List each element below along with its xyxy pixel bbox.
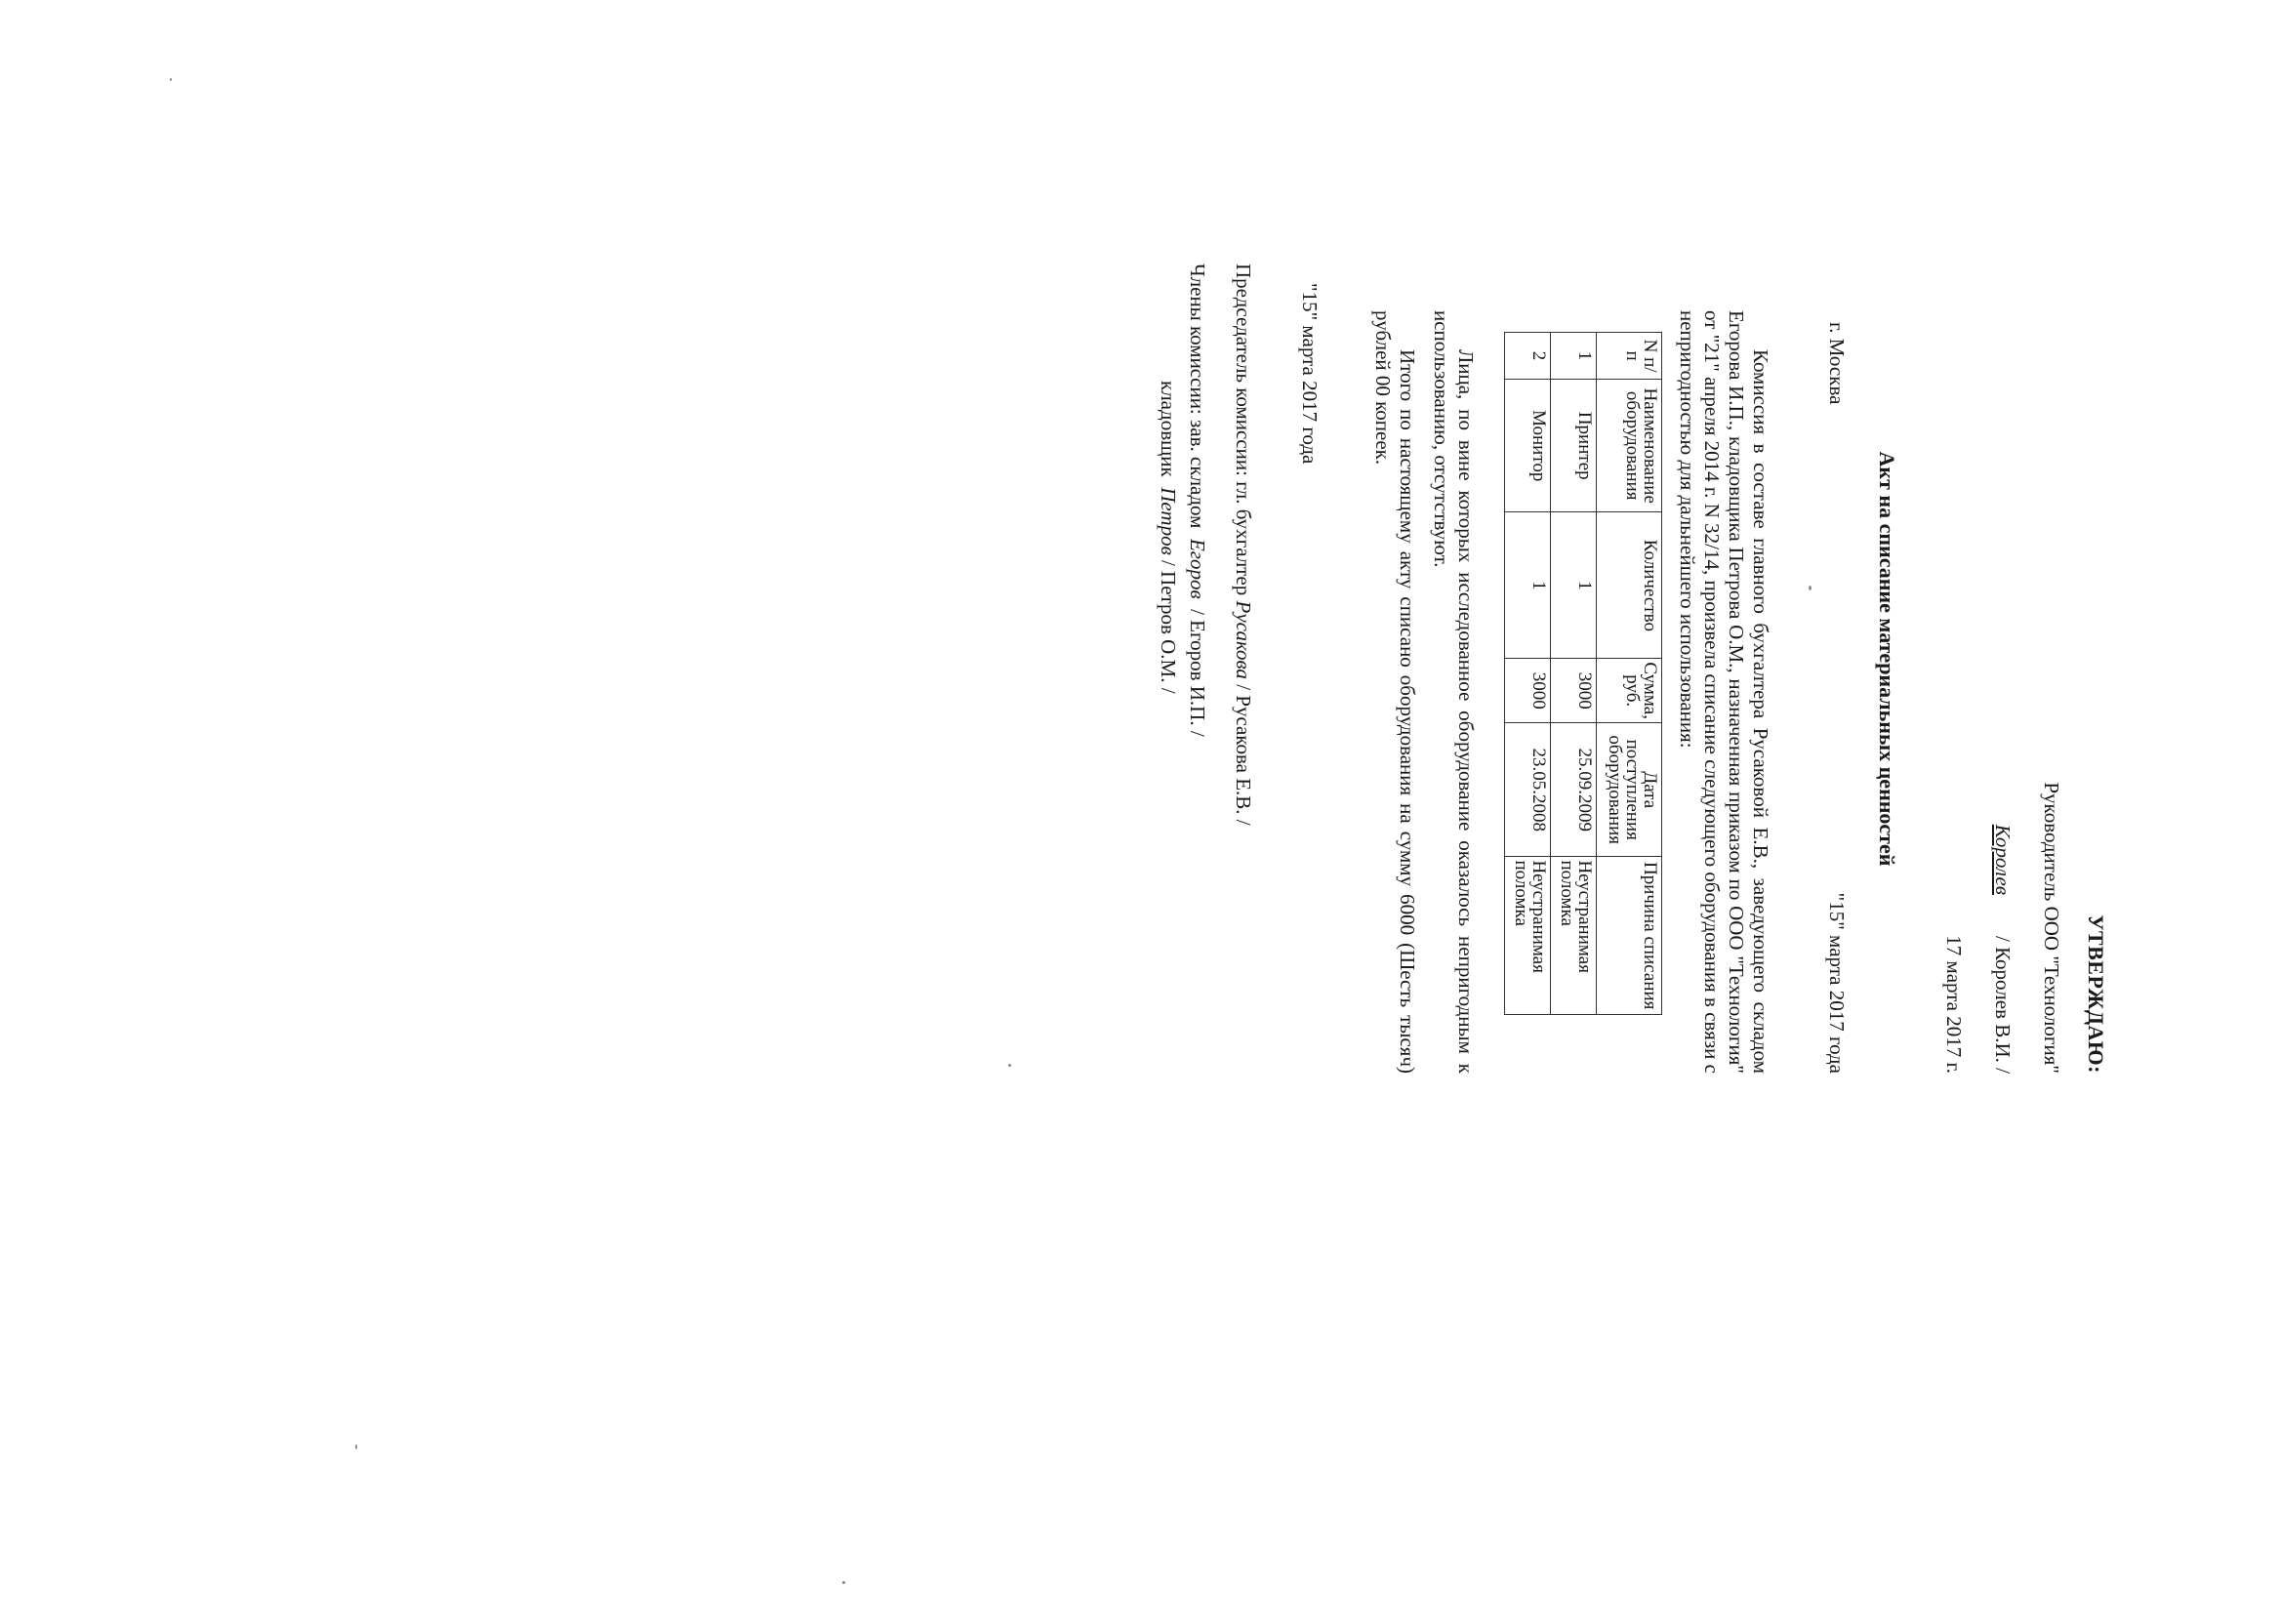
member2-handwritten-signature: Петров — [1157, 487, 1180, 555]
member1-handwritten-signature: Егоров — [1186, 539, 1209, 599]
members-label: Члены комиссии: зав. складом — [1186, 264, 1209, 528]
header-sum: Сумма, руб. — [1597, 659, 1662, 723]
cell-receipt-date: 25.09.2009 — [1551, 722, 1597, 856]
signing-date: "15" марта 2017 года — [1297, 283, 1322, 464]
cell-reason: Неустранимая поломка — [1551, 857, 1597, 1015]
written-off-items-table: N п/п Наименование оборудования Количест… — [1504, 332, 1662, 1015]
document-title: Акт на списание материальных ценностей — [1874, 439, 1899, 878]
total-text: Итого по настоящему акту списано оборудо… — [1371, 310, 1419, 1074]
chairman-label: Председатель комиссии: гл. бухгалтер — [1232, 264, 1255, 595]
cell-receipt-date: 23.05.2008 — [1505, 722, 1551, 856]
cell-reason: Неустранимая поломка — [1505, 857, 1551, 1015]
cell-quantity: 1 — [1551, 512, 1597, 659]
approver-position: Руководитель ООО "Технология" — [2039, 782, 2063, 1074]
responsible-persons-text: Лица, по вине которых исследованное обор… — [1430, 310, 1478, 1074]
table-header-row: N п/п Наименование оборудования Количест… — [1597, 333, 1662, 1015]
member2-signature-line: кладовщик Петров / Петров О.М. / — [1156, 381, 1180, 694]
scan-speck — [170, 78, 172, 81]
header-reason: Причина списания — [1597, 857, 1662, 1015]
table-row: 2 Монитор 1 3000 23.05.2008 Неустранимая… — [1505, 333, 1551, 1015]
cell-sum: 3000 — [1551, 659, 1597, 723]
chairman-name: / Русакова Е.В. / — [1232, 684, 1255, 825]
header-quantity: Количество — [1597, 512, 1662, 659]
cell-number: 1 — [1551, 333, 1597, 380]
header-receipt-date: Дата поступления оборудования — [1597, 722, 1662, 856]
commission-text: Комиссия в составе главного бухгалтера Р… — [1676, 310, 1772, 1074]
responsible-persons-paragraph: Лица, по вине которых исследованное обор… — [1429, 310, 1478, 1074]
member1-name: / Егоров И.П. / — [1186, 609, 1209, 737]
header-name: Наименование оборудования — [1597, 380, 1662, 512]
total-paragraph: Итого по настоящему акту списано оборудо… — [1370, 310, 1419, 1074]
document-city: г. Москва — [1824, 322, 1849, 404]
scan-speck — [355, 1444, 357, 1449]
approval-date: 17 марта 2017 г. — [1941, 935, 1966, 1074]
scan-speck — [1809, 586, 1812, 590]
table-row: 1 Принтер 1 3000 25.09.2009 Неустранимая… — [1551, 333, 1597, 1015]
scan-speck — [1008, 1064, 1011, 1067]
member1-signature-line: Члены комиссии: зав. складом Егоров / Ег… — [1185, 264, 1209, 737]
approval-heading: УТВЕРЖДАЮ: — [2083, 914, 2108, 1074]
cell-number: 2 — [1505, 333, 1551, 380]
cell-sum: 3000 — [1505, 659, 1551, 723]
approver-name: / Королев В.И. / — [1991, 936, 2015, 1074]
document-date: "15" марта 2017 года — [1824, 893, 1849, 1074]
member2-name: / Петров О.М. / — [1157, 560, 1180, 694]
chairman-signature-line: Председатель комиссии: гл. бухгалтер Рус… — [1231, 264, 1255, 826]
cell-quantity: 1 — [1505, 512, 1551, 659]
scan-speck — [842, 1581, 845, 1584]
member2-label: кладовщик — [1157, 381, 1180, 477]
approver-handwritten-signature: Королев — [1991, 825, 2015, 895]
commission-paragraph: Комиссия в составе главного бухгалтера Р… — [1675, 310, 1772, 1074]
chairman-handwritten-signature: Русакова — [1232, 601, 1255, 679]
approver-signature-line: Королев/ Королев В.И. / — [1990, 825, 2015, 1074]
scanned-document-page: УТВЕРЖДАЮ: Руководитель ООО "Технология"… — [0, 0, 2280, 1624]
cell-name: Монитор — [1505, 380, 1551, 512]
header-number: N п/п — [1597, 333, 1662, 380]
cell-name: Принтер — [1551, 380, 1597, 512]
